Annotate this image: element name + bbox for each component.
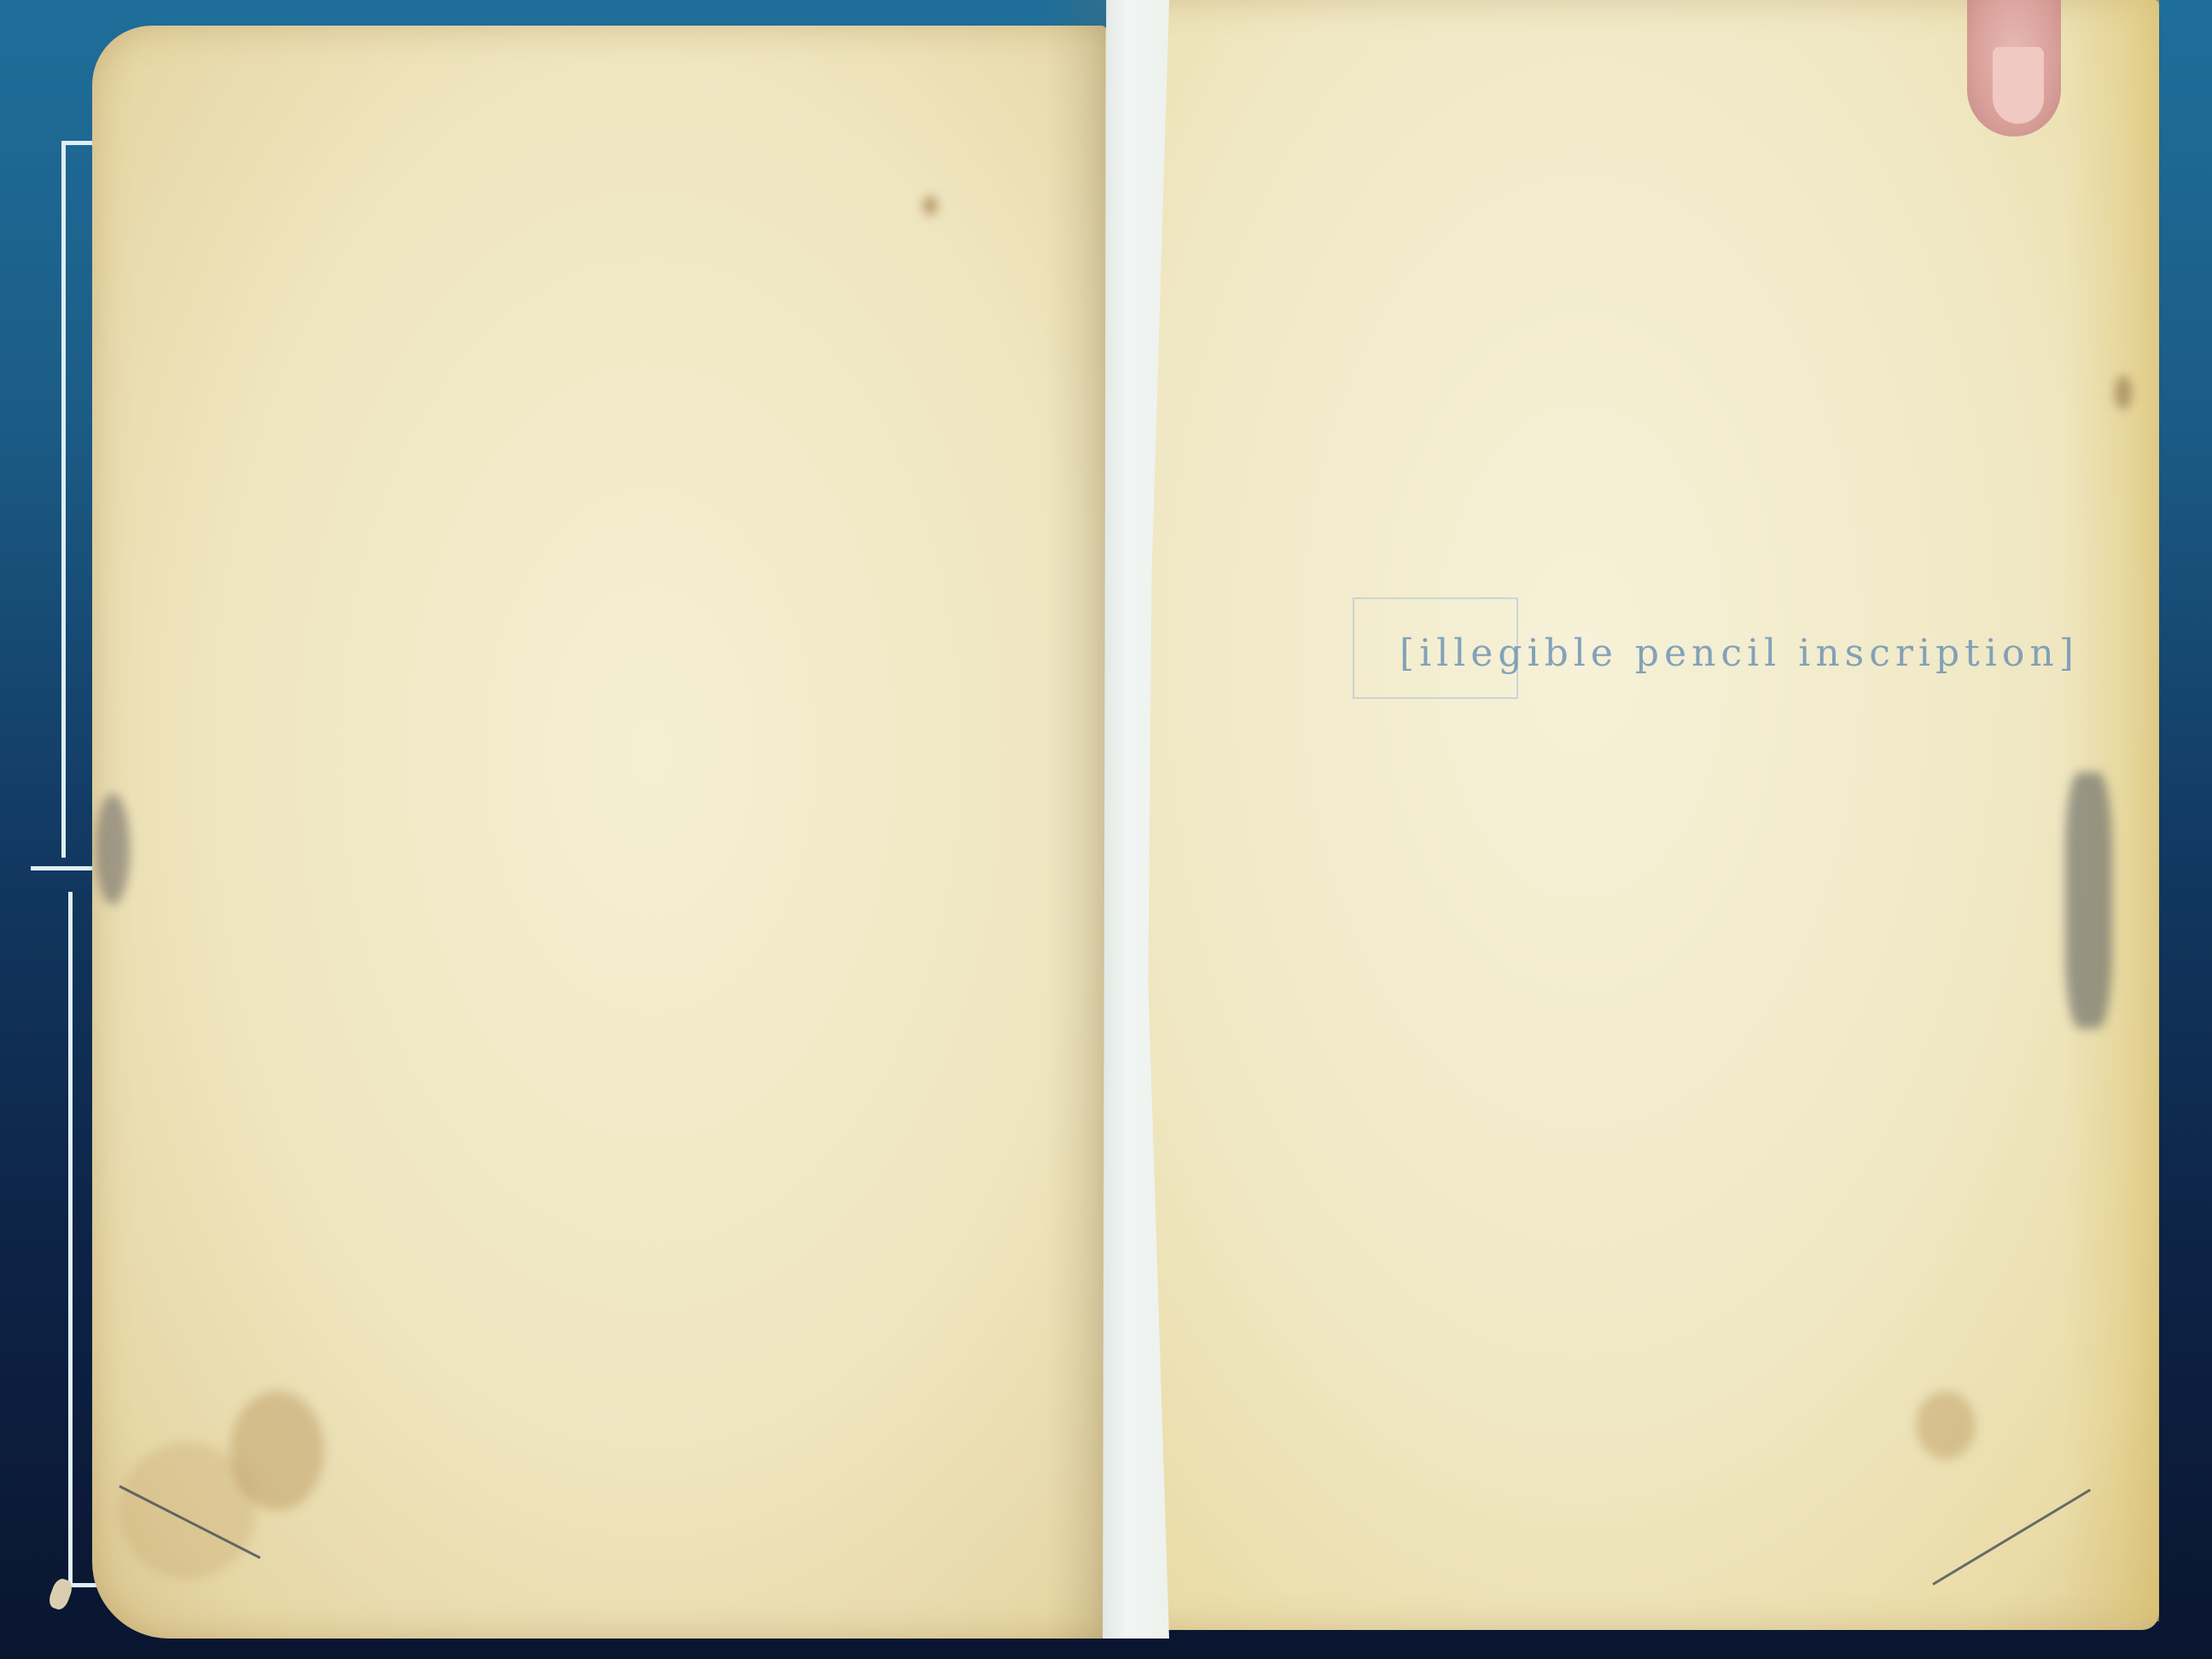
right-top-spot (2115, 375, 2132, 410)
pencil-inscription: [illegible pencil inscription] (1400, 632, 2079, 675)
guide-line-top (61, 141, 96, 145)
gutter-shadow (1045, 0, 1105, 1639)
right-bottom-water-stain (1916, 1391, 1976, 1459)
guide-line-notch (31, 866, 101, 870)
right-edge-dark-stain (2065, 772, 2112, 1028)
guide-line-upper-vertical (61, 141, 66, 858)
paper-scrap (47, 1576, 75, 1611)
guide-line-lower-vertical (68, 892, 73, 1583)
fingernail (1993, 47, 2044, 124)
right-page (1109, 0, 2159, 1630)
left-bottom-water-stain-2 (119, 1442, 256, 1579)
left-top-spot (923, 196, 937, 215)
left-page (92, 26, 1108, 1639)
left-edge-stain (96, 794, 130, 905)
